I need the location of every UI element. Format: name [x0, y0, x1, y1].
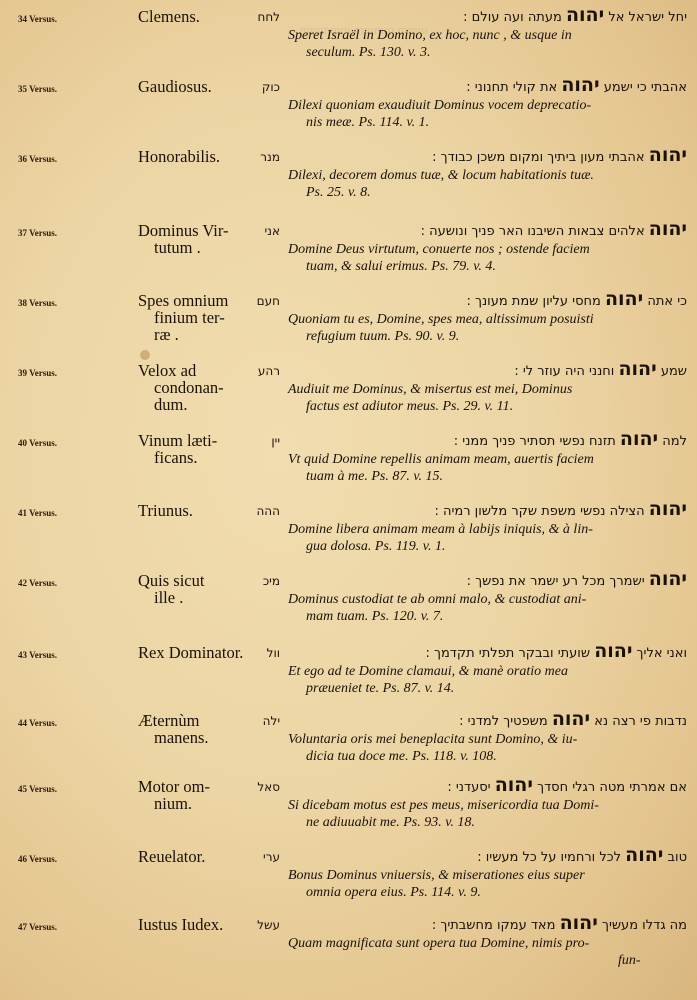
name-line: tutum .	[138, 239, 273, 256]
tetragrammaton: יהוה	[561, 74, 599, 96]
verse-number: 35 Versus.	[18, 84, 57, 94]
verse-entry: 39 Versus. Velox adcondonan-dum. רהע שמע…	[0, 362, 697, 432]
hebrew-verse: טוב יהוה לכל ורחמיו על כל מעשיו :	[277, 844, 687, 869]
latin-line: nis meæ. Ps. 114. v. 1.	[288, 114, 688, 131]
hebrew-verse: נדבות פי רצה נא יהוה משפטיך למדני :	[277, 708, 687, 733]
tetragrammaton: יהוה	[560, 912, 598, 934]
latin-verse: Dominus custodiat te ab omni malo, & cus…	[288, 591, 688, 625]
latin-line: Domine libera animam meam à labijs iniqu…	[288, 521, 688, 538]
tetragrammaton: יהוה	[625, 844, 663, 866]
hebrew-verse: יהוה אהבתי מעון ביתיך ומקום משכן כבודך :	[277, 144, 687, 169]
divine-name-hebrew-code: כוק	[222, 80, 280, 94]
verse-entry: 46 Versus. Reuelator. ערי טוב יהוה לכל ו…	[0, 848, 697, 918]
latin-verse: Voluntaria oris mei beneplacita sunt Dom…	[288, 731, 688, 765]
tetragrammaton: יהוה	[605, 288, 643, 310]
verse-number: 46 Versus.	[18, 854, 57, 864]
divine-name-hebrew-code: חעם	[222, 294, 280, 308]
latin-verse: Quoniam tu es, Domine, spes mea, altissi…	[288, 311, 688, 345]
latin-line: Quam magnificata sunt opera tua Domine, …	[288, 935, 688, 952]
verse-number: 40 Versus.	[18, 438, 57, 448]
verse-number: 45 Versus.	[18, 784, 57, 794]
hebrew-verse: מה גדלו מעשיך יהוה מאד עמקו מחשבתיך :	[277, 912, 687, 937]
verse-entry: 41 Versus. Triunus. ההה יהוה הצילה נפשי …	[0, 502, 697, 572]
tetragrammaton: יהוה	[495, 774, 533, 796]
divine-name-hebrew-code: וול	[222, 646, 280, 660]
latin-line: mam tuam. Ps. 120. v. 7.	[288, 608, 688, 625]
latin-line: Bonus Dominus vniuersis, & miserationes …	[288, 867, 688, 884]
latin-verse: Quam magnificata sunt opera tua Domine, …	[288, 935, 688, 969]
divine-name-hebrew-code: לחח	[222, 10, 280, 24]
name-line: condonan-	[138, 379, 273, 396]
divine-name-hebrew-code: מנר	[222, 150, 280, 164]
verse-entry: 44 Versus. Æternùmmanens. ילה נדבות פי ר…	[0, 712, 697, 782]
name-line: nium.	[138, 795, 273, 812]
latin-line: dicia tua doce me. Ps. 118. v. 108.	[288, 748, 688, 765]
latin-verse: Si dicebam motus est pes meus, misericor…	[288, 797, 688, 831]
verse-entry: 45 Versus. Motor om-nium. סאל אם אמרתי מ…	[0, 778, 697, 848]
latin-verse: Speret Israël in Domino, ex hoc, nunc , …	[288, 27, 688, 61]
tetragrammaton: יהוה	[649, 218, 687, 240]
hebrew-verse: ואני אליך יהוה שועתי ובבקר תפלתי תקדמך :	[277, 640, 687, 665]
verse-number: 42 Versus.	[18, 578, 57, 588]
latin-line: Et ego ad te Domine clamaui, & manè orat…	[288, 663, 688, 680]
latin-line: seculum. Ps. 130. v. 3.	[288, 44, 688, 61]
hebrew-verse: אהבתי כי ישמע יהוה את קולי תחנוני :	[277, 74, 687, 99]
latin-line: ne adiuuabit me. Ps. 93. v. 18.	[288, 814, 688, 831]
hebrew-verse: למה יהוה תזנח נפשי תסתיר פניך ממני :	[277, 428, 687, 453]
hebrew-verse: יהוה ישמרך מכל רע ישמר את נפשך :	[277, 568, 687, 593]
hebrew-verse: אם אמרתי מטה רגלי חסדך יהוה יסעדני :	[277, 774, 687, 799]
verse-number: 37 Versus.	[18, 228, 57, 238]
tetragrammaton: יהוה	[566, 4, 604, 26]
name-line: dum.	[138, 396, 273, 413]
name-line: ille .	[138, 589, 273, 606]
book-page: mmmmm mmmm mmm 34 Versus. Clemens. לחח י…	[0, 0, 697, 1000]
verse-number: 38 Versus.	[18, 298, 57, 308]
tetragrammaton: יהוה	[620, 428, 658, 450]
latin-line: factus est adiutor meus. Ps. 29. v. 11.	[288, 398, 688, 415]
latin-line: omnia opera eius. Ps. 114. v. 9.	[288, 884, 688, 901]
verse-entry: 36 Versus. Honorabilis. מנר יהוה אהבתי מ…	[0, 148, 697, 218]
verse-entry: 35 Versus. Gaudiosus. כוק אהבתי כי ישמע …	[0, 78, 697, 148]
verse-entry: 34 Versus. Clemens. לחח יחל ישראל אל יהו…	[0, 8, 697, 78]
verse-entry: 43 Versus. Rex Dominator. וול ואני אליך …	[0, 644, 697, 714]
latin-verse: Domine Deus virtutum, conuerte nos ; ost…	[288, 241, 688, 275]
latin-line: tuam, & salui erimus. Ps. 79. v. 4.	[288, 258, 688, 275]
verse-entry: 37 Versus. Dominus Vir-tutum . אני יהוה …	[0, 222, 697, 292]
divine-name-hebrew-code: רהע	[222, 364, 280, 378]
name-line: finium ter-	[138, 309, 273, 326]
divine-name-hebrew-code: ילה	[222, 714, 280, 728]
latin-line: Dominus custodiat te ab omni malo, & cus…	[288, 591, 688, 608]
verse-number: 34 Versus.	[18, 14, 57, 24]
latin-line: Domine Deus virtutum, conuerte nos ; ost…	[288, 241, 688, 258]
divine-name-hebrew-code: יין	[222, 434, 280, 448]
divine-name-hebrew-code: סאל	[222, 780, 280, 794]
tetragrammaton: יהוה	[649, 498, 687, 520]
latin-line: Vt quid Domine repellis animam meam, aue…	[288, 451, 688, 468]
divine-name-hebrew-code: אני	[222, 224, 280, 238]
latin-verse: Audiuit me Dominus, & misertus est mei, …	[288, 381, 688, 415]
tetragrammaton: יהוה	[649, 568, 687, 590]
latin-line: Dilexi quoniam exaudiuit Dominus vocem d…	[288, 97, 688, 114]
divine-name-hebrew-code: ההה	[222, 504, 280, 518]
hebrew-verse: יהוה אלהים צבאות השיבנו האר פניך ונושעה …	[277, 218, 687, 243]
verse-number: 43 Versus.	[18, 650, 57, 660]
verse-number: 47 Versus.	[18, 922, 57, 932]
verse-entry: 40 Versus. Vinum læti-ficans. יין למה יה…	[0, 432, 697, 502]
verse-entry: 47 Versus. Iustus Iudex. עשל מה גדלו מעש…	[0, 916, 697, 986]
verse-entry: 42 Versus. Quis sicutille . מיכ יהוה ישמ…	[0, 572, 697, 642]
latin-line: Audiuit me Dominus, & misertus est mei, …	[288, 381, 688, 398]
divine-name-hebrew-code: מיכ	[222, 574, 280, 588]
verse-number: 41 Versus.	[18, 508, 57, 518]
name-line: ræ .	[138, 326, 273, 343]
verse-number: 36 Versus.	[18, 154, 57, 164]
latin-verse: Vt quid Domine repellis animam meam, aue…	[288, 451, 688, 485]
latin-line: refugium tuum. Ps. 90. v. 9.	[288, 328, 688, 345]
hebrew-verse: כי אתה יהוה מחסי עליון שמת מעונך :	[277, 288, 687, 313]
verse-number: 44 Versus.	[18, 718, 57, 728]
verse-entry: 38 Versus. Spes omniumfinium ter-ræ . חע…	[0, 292, 697, 362]
tetragrammaton: יהוה	[552, 708, 590, 730]
name-line: ficans.	[138, 449, 273, 466]
hebrew-verse: שמע יהוה וחנני היה עוזר לי :	[277, 358, 687, 383]
latin-line: Quoniam tu es, Domine, spes mea, altissi…	[288, 311, 688, 328]
latin-line: tuam à me. Ps. 87. v. 15.	[288, 468, 688, 485]
tetragrammaton: יהוה	[618, 358, 656, 380]
latin-line: gua dolosa. Ps. 119. v. 1.	[288, 538, 688, 555]
latin-line: Voluntaria oris mei beneplacita sunt Dom…	[288, 731, 688, 748]
latin-line: præueniet te. Ps. 87. v. 14.	[288, 680, 688, 697]
latin-line: Speret Israël in Domino, ex hoc, nunc , …	[288, 27, 688, 44]
tetragrammaton: יהוה	[594, 640, 632, 662]
divine-name-hebrew-code: ערי	[222, 850, 280, 864]
latin-line: Dilexi, decorem domus tuæ, & locum habit…	[288, 167, 688, 184]
latin-verse: Dilexi, decorem domus tuæ, & locum habit…	[288, 167, 688, 201]
verse-number: 39 Versus.	[18, 368, 57, 378]
latin-verse: Dilexi quoniam exaudiuit Dominus vocem d…	[288, 97, 688, 131]
latin-line: Si dicebam motus est pes meus, misericor…	[288, 797, 688, 814]
name-line: manens.	[138, 729, 273, 746]
hebrew-verse: יחל ישראל אל יהוה מעתה ועה עולם :	[277, 4, 687, 29]
divine-name-hebrew-code: עשל	[222, 918, 280, 932]
hebrew-verse: יהוה הצילה נפשי משפת שקר מלשון רמיה :	[277, 498, 687, 523]
latin-verse: Bonus Dominus vniuersis, & miserationes …	[288, 867, 688, 901]
tetragrammaton: יהוה	[649, 144, 687, 166]
latin-verse: Et ego ad te Domine clamaui, & manè orat…	[288, 663, 688, 697]
latin-line: Ps. 25. v. 8.	[288, 184, 688, 201]
latin-verse: Domine libera animam meam à labijs iniqu…	[288, 521, 688, 555]
latin-line: fun-	[288, 952, 688, 969]
